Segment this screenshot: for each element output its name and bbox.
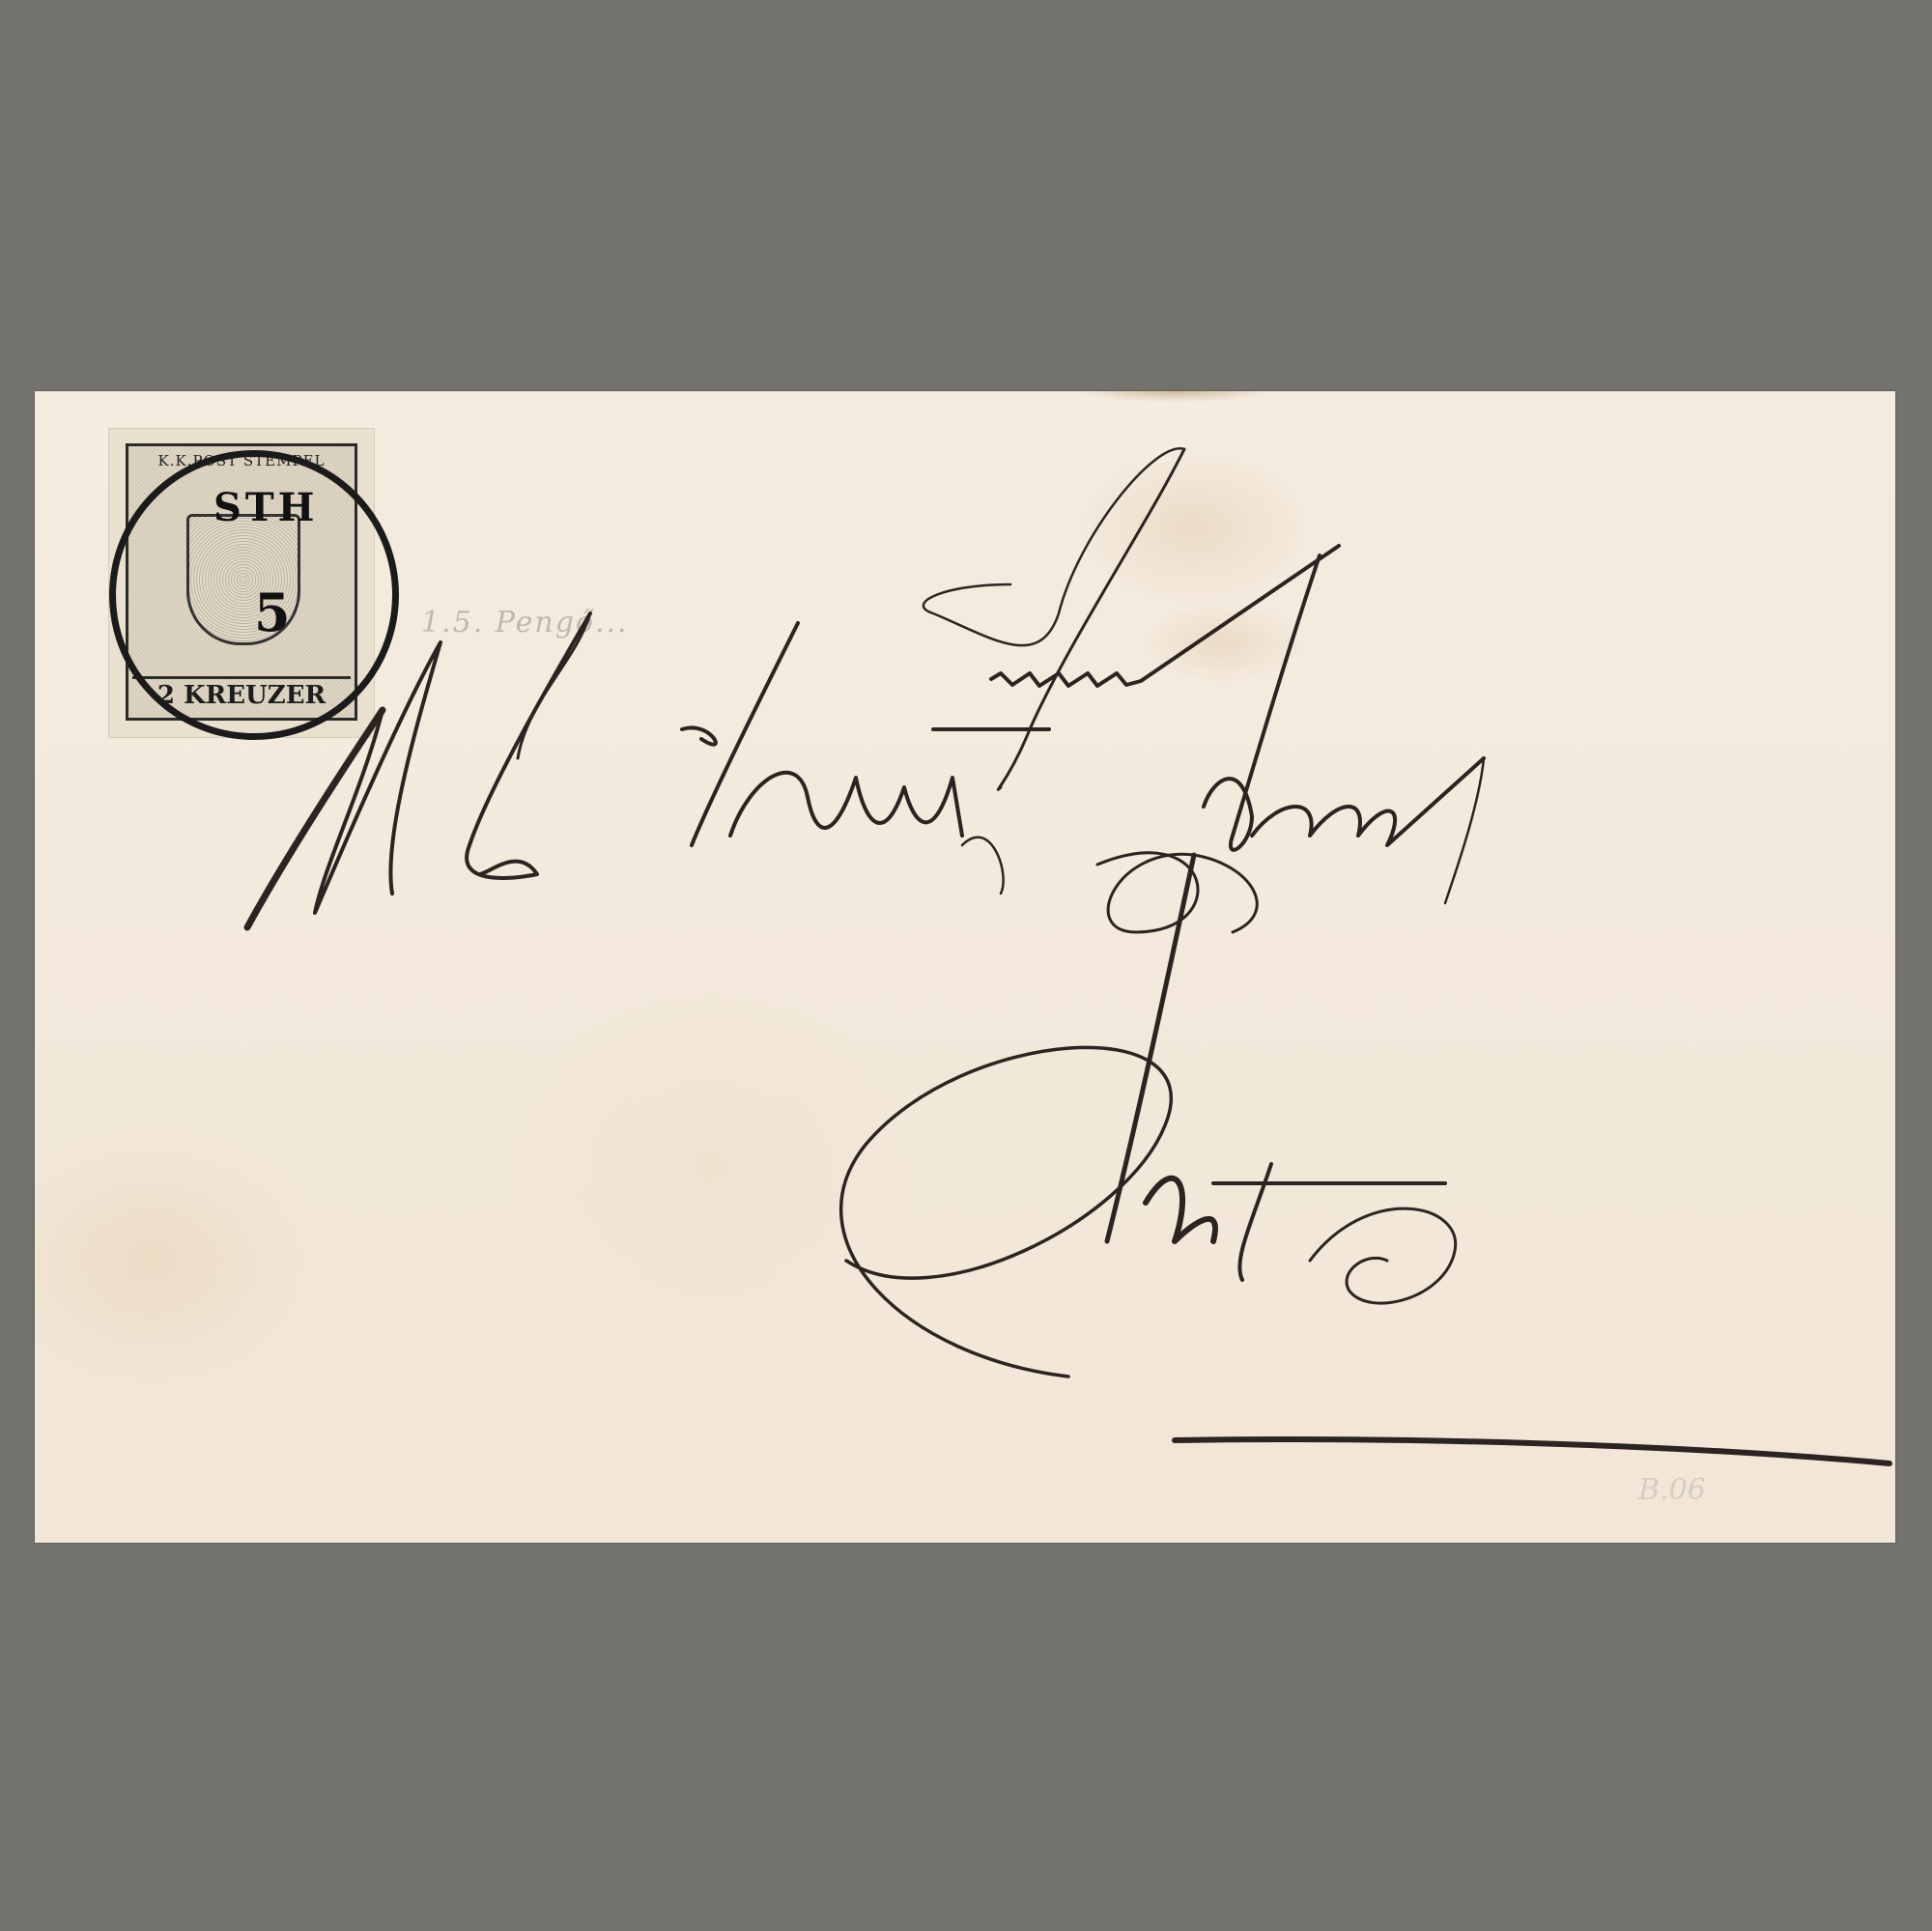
pencil-note-upper: 1.5. Pengő...: [421, 606, 629, 639]
postage-stamp: K.K.POST STEMPEL 2 KREUZER STH 5: [108, 428, 375, 738]
pencil-note-corner: B.06: [1638, 1473, 1706, 1507]
postmark-town: STH: [213, 485, 318, 530]
postmark-day: 5: [254, 582, 291, 643]
paper-stain: [1049, 391, 1300, 412]
envelope-cover: K.K.POST STEMPEL 2 KREUZER STH 5 1.5. Pe…: [35, 391, 1895, 1543]
